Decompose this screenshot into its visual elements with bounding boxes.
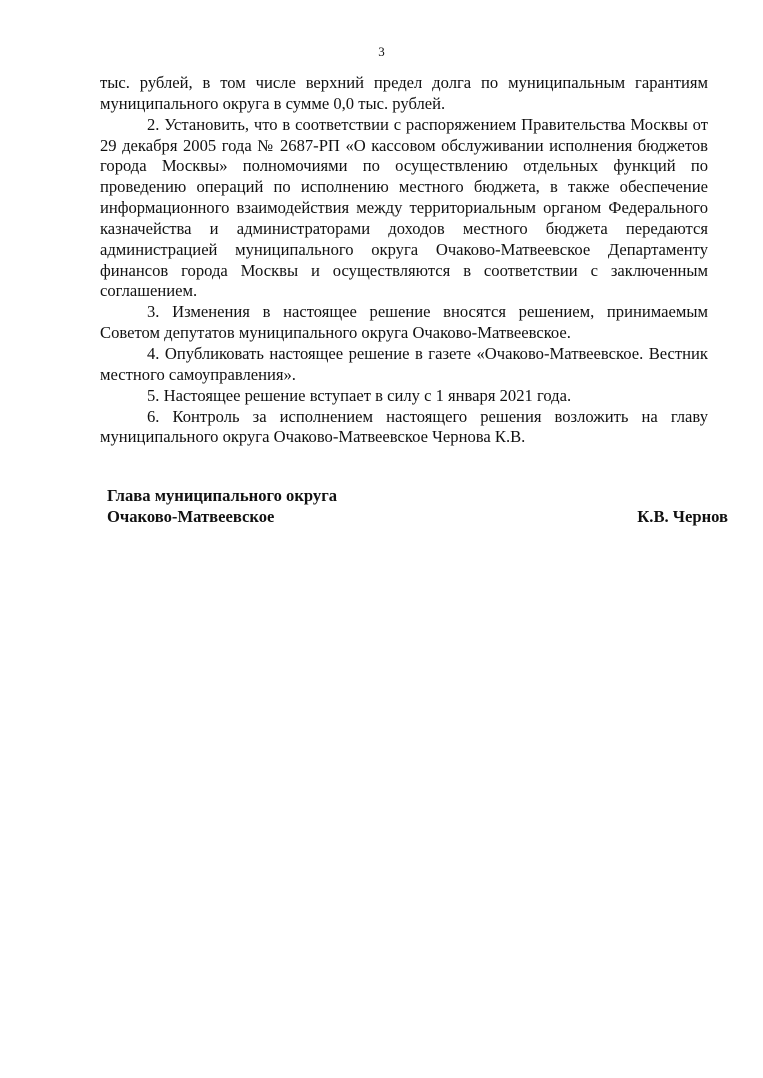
signatory-title-line1: Глава муниципального округа [107, 485, 337, 506]
paragraph-debt-limit: тыс. рублей, в том числе верхний предел … [100, 73, 708, 115]
paragraph-2-cash-service: 2. Установить, что в соответствии с расп… [100, 115, 708, 303]
document-body: тыс. рублей, в том числе верхний предел … [100, 73, 708, 448]
paragraph-5-effective-date: 5. Настоящее решение вступает в силу с 1… [100, 386, 708, 407]
signatory-name: К.В. Чернов [637, 506, 728, 527]
page-number: 3 [0, 44, 763, 60]
paragraph-3-amendments: 3. Изменения в настоящее решение вносятс… [100, 302, 708, 344]
signatory-title-line2: Очаково-Матвеевское [107, 506, 274, 527]
signature-block: Глава муниципального округа Очаково-Матв… [107, 485, 728, 527]
paragraph-6-control: 6. Контроль за исполнением настоящего ре… [100, 407, 708, 449]
paragraph-4-publish: 4. Опубликовать настоящее решение в газе… [100, 344, 708, 386]
